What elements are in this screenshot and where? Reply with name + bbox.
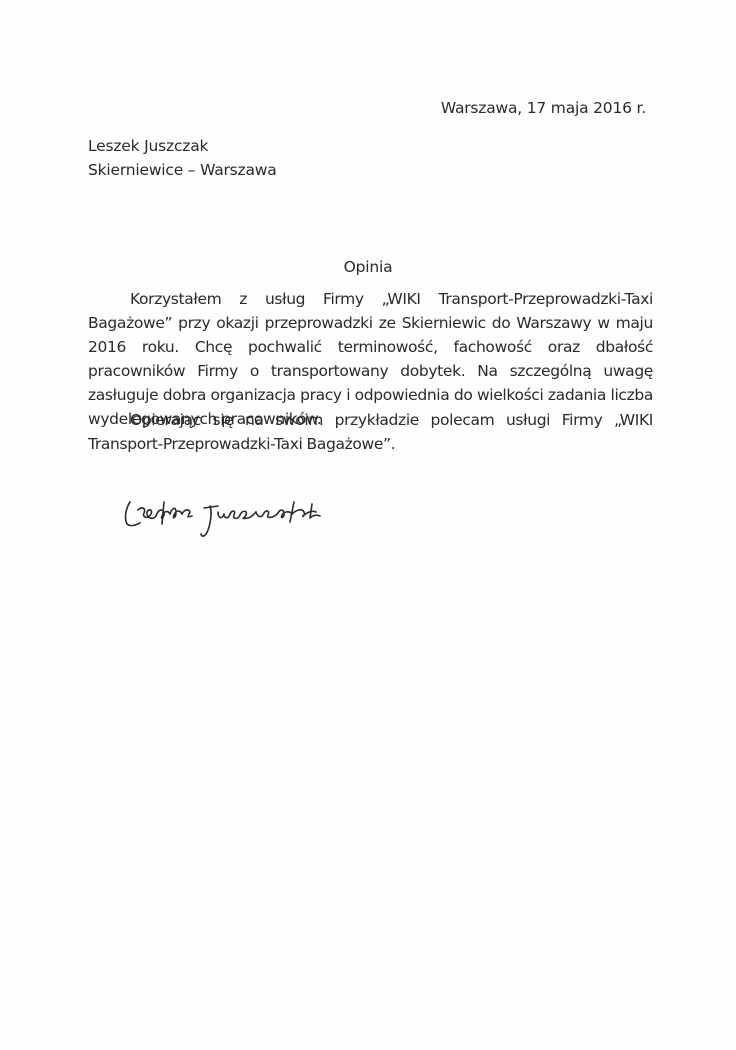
sender-name: Leszek Juszczak [88, 134, 277, 158]
sender-block: Leszek Juszczak Skierniewice – Warszawa [88, 134, 277, 182]
scanned-letter-page: Warszawa, 17 maja 2016 r. Leszek Juszcza… [0, 0, 736, 1050]
place-and-date: Warszawa, 17 maja 2016 r. [441, 99, 646, 117]
paragraph-text: Opierając się na swoim przykładzie polec… [88, 411, 653, 453]
signature-icon [118, 488, 348, 543]
sender-route: Skierniewice – Warszawa [88, 158, 277, 182]
paragraph-closing: Opierając się na swoim przykładzie polec… [88, 408, 653, 456]
letter-title: Opinia [0, 258, 736, 276]
